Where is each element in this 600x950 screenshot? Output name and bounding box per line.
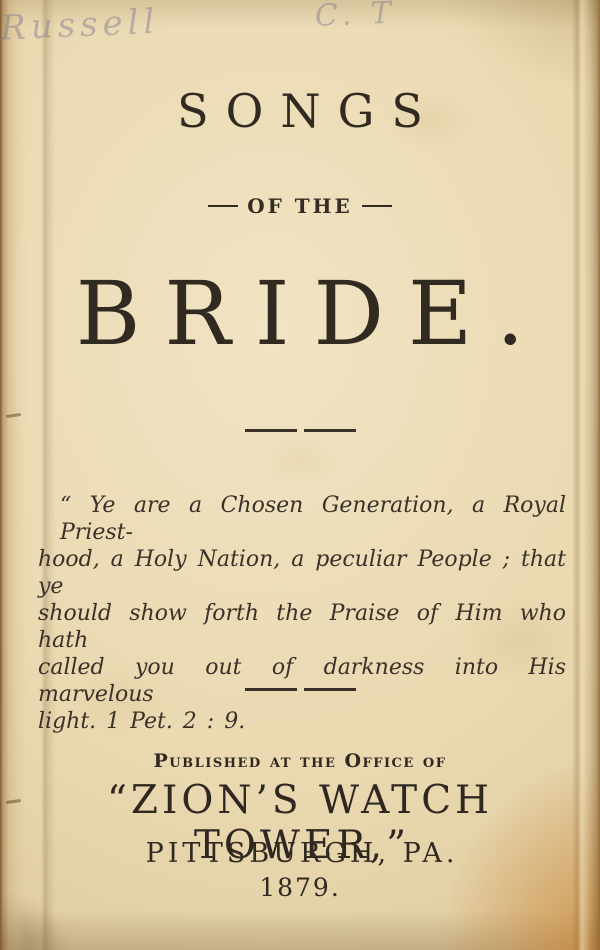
rule-segment [245, 429, 297, 432]
series-connector-text: OF THE [247, 194, 353, 218]
rule-segment [304, 429, 356, 432]
signature-name: Russell [0, 2, 160, 49]
main-title-text: BRIDE. [76, 262, 548, 365]
dash-rule-right-icon [362, 205, 392, 207]
epigraph-line: should show forth the Praise of Him who … [38, 600, 566, 654]
imprint-published-at: Published at the Office of [0, 750, 600, 772]
epigraph-line: hood, a Holy Nation, a peculiar People ;… [38, 546, 566, 600]
imprint-year: 1879. [0, 873, 600, 902]
series-title: SONGS [0, 84, 600, 138]
epigraph-line: “ Ye are a Chosen Generation, a Royal Pr… [38, 492, 566, 546]
scanned-title-page: SONGS OF THE BRIDE. Russell C. T “ Ye ar… [0, 0, 600, 950]
owner-signature: Russell C. T [0, 0, 397, 49]
ornamental-rule-lower [0, 688, 600, 691]
dash-rule-left-icon [208, 205, 238, 207]
series-connector: OF THE [0, 194, 600, 218]
epigraph-line: light. 1 Pet. 2 : 9. [38, 708, 566, 735]
ornamental-rule-upper [0, 429, 600, 432]
main-title: BRIDE. [0, 262, 600, 365]
imprint-city-text: PITTSBURGH, PA. [146, 838, 459, 869]
series-title-text: SONGS [177, 84, 440, 138]
signature-initials: C. T [314, 0, 396, 35]
epigraph-quote: “ Ye are a Chosen Generation, a Royal Pr… [38, 492, 566, 735]
epigraph-line: called you out of darkness into His marv… [38, 654, 566, 708]
binding-stitch-mark [6, 413, 21, 418]
rule-segment [245, 688, 297, 691]
imprint-city: PITTSBURGH, PA. [0, 838, 600, 869]
rule-segment [304, 688, 356, 691]
